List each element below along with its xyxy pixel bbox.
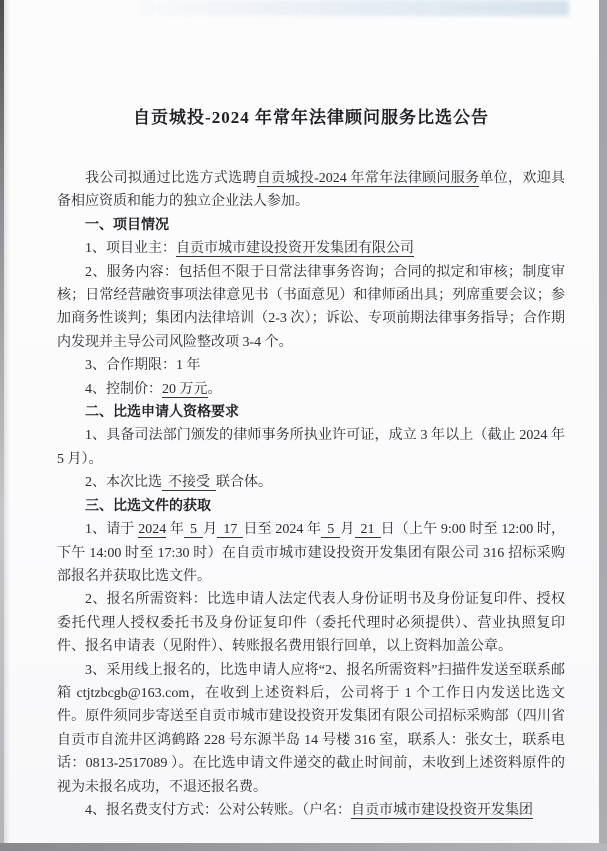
underlined-owner-name: 自贡市城市建设投资开发集团有限公司 xyxy=(176,241,414,257)
section3-item4: 4、报名费支付方式：公对公转账。（户名：自贡市城市建设投资开发集团 xyxy=(57,799,565,822)
document-content: 自贡城投-2024 年常年法律顾问服务比选公告 我公司拟通过比选方式选聘自贡城投… xyxy=(57,0,565,822)
intro-paragraph: 我公司拟通过比选方式选聘自贡城投-2024 年常年法律顾问服务单位，欢迎具备相应… xyxy=(57,167,565,214)
underlined-control-price: 20 万元 xyxy=(162,382,208,398)
underlined-project-name: 自贡城投-2024 年常年法律顾问服务 xyxy=(257,171,480,187)
section1-item2: 2、服务内容：包括但不限于日常法律事务咨询；合同的拟定和审核；制度审核；日常经营… xyxy=(57,261,565,355)
date-month-blank: 5 xyxy=(321,522,340,538)
section1-item3: 3、合作期限：1 年 xyxy=(57,354,565,377)
text-segment: 。 xyxy=(208,382,222,397)
section3-item2: 2、报名所需资料：比选申请人法定代表人身份证明书及身份证复印件、授权委托代理人授… xyxy=(57,588,565,658)
document-page: 自贡城投-2024 年常年法律顾问服务比选公告 我公司拟通过比选方式选聘自贡城投… xyxy=(3,0,599,844)
text-segment: 1、项目业主： xyxy=(85,241,176,256)
underlined-not-accepted: 不接受 xyxy=(162,475,216,491)
page-left-shadow xyxy=(3,0,10,844)
section2-item2: 2、本次比选不接受联合体。 xyxy=(57,471,565,494)
text-segment: 4、控制价： xyxy=(85,382,162,397)
date-year-blank: 2024 xyxy=(138,522,166,538)
document-title: 自贡城投-2024 年常年法律顾问服务比选公告 xyxy=(57,106,565,130)
scan-edge-right xyxy=(599,0,607,851)
scan-edge-bottom xyxy=(0,843,607,851)
scan-edge-left xyxy=(0,0,4,851)
section1-heading: 一、项目情况 xyxy=(57,214,565,237)
text-segment: 我公司拟通过比选方式选聘 xyxy=(85,171,257,186)
text-segment: 日至 2024 年 xyxy=(243,522,321,537)
scanned-document-viewport: 自贡城投-2024 年常年法律顾问服务比选公告 我公司拟通过比选方式选聘自贡城投… xyxy=(0,0,607,851)
section2-heading: 二、比选申请人资格要求 xyxy=(57,401,565,424)
text-segment: 联合体。 xyxy=(216,475,272,490)
section3-item3: 3、采用线上报名的，比选申请人应将“2、报名所需资料”扫描件发送至联系邮箱 ct… xyxy=(57,659,565,799)
section3-heading: 三、比选文件的获取 xyxy=(57,495,565,518)
section1-item1: 1、项目业主：自贡市城市建设投资开发集团有限公司 xyxy=(57,237,565,260)
underlined-account-name: 自贡市城市建设投资开发集团 xyxy=(351,803,533,819)
text-segment: 2、本次比选 xyxy=(85,475,162,490)
text-segment: 4、报名费支付方式：公对公转账。（户名： xyxy=(85,803,351,818)
text-segment: 月 xyxy=(340,522,354,537)
section3-item1: 1、请于 2024 年5月17日至 2024 年5月21日（上午 9:00 时至… xyxy=(57,518,565,588)
section1-item4: 4、控制价：20 万元。 xyxy=(57,378,565,401)
date-month-blank: 5 xyxy=(184,522,203,538)
text-segment: 年 xyxy=(166,522,184,537)
date-day-blank: 21 xyxy=(355,522,381,538)
text-segment: 月 xyxy=(203,522,217,537)
text-segment: 1、请于 xyxy=(85,522,138,537)
date-day-blank: 17 xyxy=(217,522,243,538)
section2-item1: 1、具备司法部门颁发的律师事务所执业许可证，成立 3 年以上（截止 2024 年… xyxy=(57,424,565,471)
